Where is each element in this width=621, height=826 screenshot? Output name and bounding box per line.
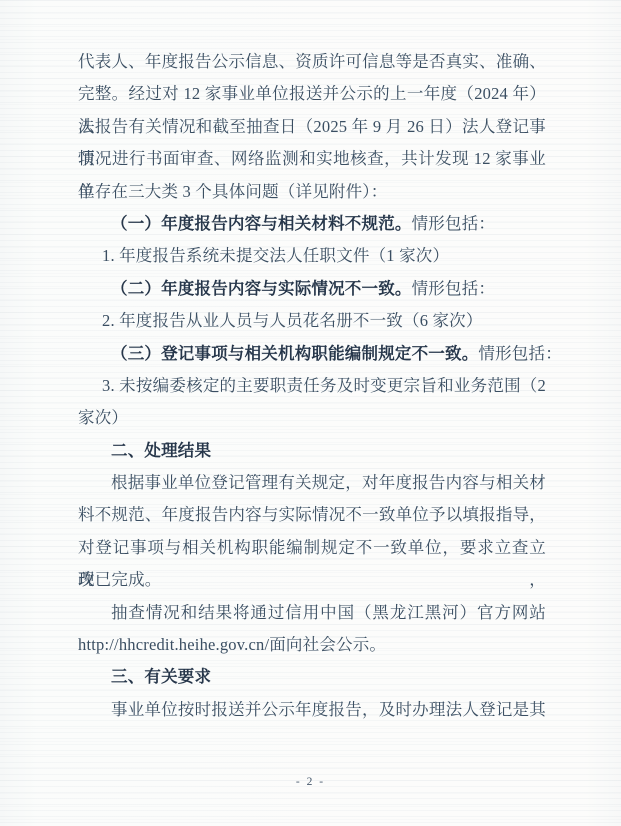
- heading-suffix: 情形包括：: [412, 214, 496, 233]
- chapter-heading-2: 二、处理结果: [78, 435, 546, 467]
- section-heading-1: （一）年度报告内容与相关材料不规范。情形包括：: [78, 208, 546, 240]
- heading-suffix: 情形包括：: [412, 279, 496, 298]
- text-line: 位存在三大类 3 个具体问题（详见附件）：: [78, 176, 546, 208]
- text-line: 事业单位按时报送并公示年度报告，及时办理法人登记是其: [78, 694, 546, 726]
- heading-text: （一）年度报告内容与相关材料不规范。: [111, 215, 412, 233]
- page-number: - 2 -: [0, 776, 621, 788]
- heading-suffix: 情形包括：: [478, 344, 562, 363]
- text-line: 情况进行书面审查、网络监测和实地核查，共计发现 12 家事业单: [78, 143, 546, 175]
- heading-text: 二、处理结果: [111, 442, 211, 460]
- heading-text: 三、有关要求: [111, 668, 211, 686]
- chapter-heading-3: 三、有关要求: [78, 661, 546, 693]
- text-line-url: http://hhcredit.heihe.gov.cn/面向社会公示。: [78, 629, 546, 661]
- text-line: 抽查情况和结果将通过信用中国（黑龙江黑河）官方网站: [78, 597, 546, 629]
- text-line: 代表人、年度报告公示信息、资质许可信息等是否真实、准确、: [78, 46, 546, 78]
- document-body: 代表人、年度报告公示信息、资质许可信息等是否真实、准确、 完整。经过对 12 家…: [78, 46, 546, 726]
- text-line: 完整。经过对 12 家事业单位报送并公示的上一年度（2024 年）法: [78, 78, 546, 110]
- text-line: 人报告有关情况和截至抽查日（2025 年 9 月 26 日）法人登记事项: [78, 111, 546, 143]
- scanned-document-page: 代表人、年度报告公示信息、资质许可信息等是否真实、准确、 完整。经过对 12 家…: [0, 0, 621, 826]
- text-line: 对登记事项与相关机构职能编制规定不一致单位，要求立查立改，: [78, 532, 546, 564]
- list-item-2: 2. 年度报告从业人员与人员花名册不一致（6 家次）: [78, 305, 546, 337]
- list-item-3: 3. 未按编委核定的主要职责任务及时变更宗旨和业务范围（2: [78, 370, 546, 402]
- heading-text: （三）登记事项与相关机构职能编制规定不一致。: [111, 345, 478, 363]
- text-line: 料不规范、年度报告内容与实际情况不一致单位予以填报指导，: [78, 499, 546, 531]
- list-item-3-wrap: 家次）: [78, 402, 546, 434]
- heading-text: （二）年度报告内容与实际情况不一致。: [111, 280, 412, 298]
- text-line: 根据事业单位登记管理有关规定，对年度报告内容与相关材: [78, 467, 546, 499]
- section-heading-2: （二）年度报告内容与实际情况不一致。情形包括：: [78, 273, 546, 305]
- list-item-1: 1. 年度报告系统未提交法人任职文件（1 家次）: [78, 240, 546, 272]
- section-heading-3: （三）登记事项与相关机构职能编制规定不一致。情形包括：: [78, 338, 546, 370]
